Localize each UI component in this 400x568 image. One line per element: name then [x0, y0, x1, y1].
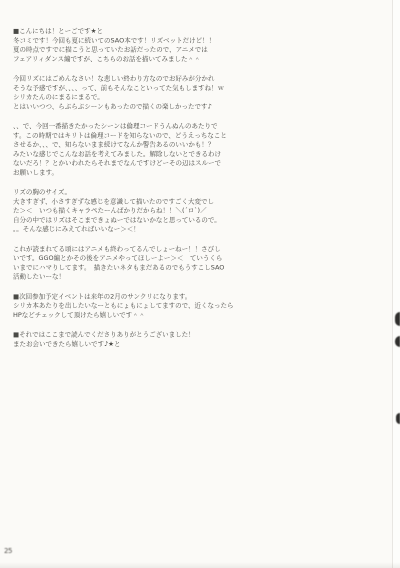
- page-number: 25: [4, 547, 12, 555]
- paragraph-anime: これが読まれてる頃にはアニメも終わってるんでしょーねー！！さびし いです。GGO…: [13, 245, 208, 282]
- text-line: た＞＜ いつも描くキャラぺたーんばかりだからね！！＼(´ロ`)／: [13, 207, 208, 216]
- text-line: 活動したいーな！: [13, 273, 208, 282]
- text-line: みたいな感じでこんなお話を考えてみました。解除しないとできるわけ: [13, 150, 208, 159]
- text-line: ■こんにちは！とーごです★と: [13, 27, 208, 36]
- scan-bleed-mark-3: [396, 413, 400, 424]
- text-line: お願いします。: [13, 168, 208, 177]
- paragraph-character-design: リズの胸のサイズ。 大きすぎず、小さすぎずな感じを意識して描いたのですごく大変で…: [13, 188, 208, 234]
- text-line: させるか、、、で、知らないまま続けてなんか警告あるのいいかも！？: [13, 141, 208, 150]
- scan-edge-line: [392, 0, 393, 568]
- afterword-text-block: ■こんにちは！とーごです★と 冬コミです！今回も夏に続いてのSAO本です！リズベ…: [13, 27, 208, 360]
- text-line: 。。そんな感じにみえてればいいなー＞＜！: [13, 225, 208, 234]
- text-line: シリカ本あたりを出したいなーともにょもにょしてますので、近くなったら: [13, 302, 208, 311]
- scanned-page: ■こんにちは！とーごです★と 冬コミです！今回も夏に続いてのSAO本です！リズベ…: [0, 0, 400, 568]
- text-line: ■それではここまで読んでくださりありがとうございました！: [13, 331, 208, 340]
- scan-edge-strip: [393, 0, 400, 568]
- scan-bleed-mark-2: [395, 336, 400, 347]
- text-line: いです。GGO編とかその後をアニメやってほしーよー＞＜ ていうくら: [13, 254, 208, 263]
- text-line: またお会いできたら嬉しいです♪★と: [13, 340, 208, 349]
- text-line: 自分の中ではリズはそこまできょぬーではないかなと思っているので。: [13, 216, 208, 225]
- text-line: 、、で、今回一番描きたかったシーンは倫理コードうんぬんのあたりで: [13, 122, 208, 131]
- text-line: これが読まれてる頃にはアニメも終わってるんでしょーねー！！さびし: [13, 245, 208, 254]
- paragraph-greeting: ■こんにちは！とーごです★と 冬コミです！今回も夏に続いてのSAO本です！リズベ…: [13, 27, 208, 64]
- text-line: フェアリィダンス編ですが、こちらのお話を描いてみました＾＾: [13, 55, 208, 64]
- text-line: ないだろ！？とかいわれたらそれまでなんですけどーその辺はスルーで: [13, 159, 208, 168]
- paragraph-next-event: ■次回参加予定イベントは来年の2月のサンクリになります。 シリカ本あたりを出した…: [13, 292, 208, 320]
- text-line: シリカたんのにまるにまるで。: [13, 93, 208, 102]
- paragraph-scene: 、、で、今回一番描きたかったシーンは倫理コードうんぬんのあたりで す。この時期で…: [13, 122, 208, 178]
- text-line: いまでにハマりしてます。 描きたいネタもまだあるのでもうすこしSAO: [13, 263, 208, 272]
- text-line: ■次回参加予定イベントは来年の2月のサンクリになります。: [13, 292, 208, 301]
- scan-bleed-mark-1: [395, 312, 400, 326]
- text-line: とはいいつつ、らぶらぶシーンもあったので描くの楽しかったです♪: [13, 102, 208, 111]
- paragraph-apology: 今回リズにはごめんなさい！な悲しい終わり方なのでお好みが分かれ そうな予感ですが…: [13, 75, 208, 112]
- text-line: す。この時期ではキリトは倫理コードを知らないので、どうえっちなこと: [13, 131, 208, 140]
- text-line: リズの胸のサイズ。: [13, 188, 208, 197]
- text-line: 大きすぎず、小さすぎずな感じを意識して描いたのですごく大変でし: [13, 197, 208, 206]
- text-line: HPなどチェックして頂けたら嬉しいです＾＾: [13, 311, 208, 320]
- text-line: 夏の時点ですでに描こうと思っていたお話だったので、アニメでは: [13, 46, 208, 55]
- text-line: 今回リズにはごめんなさい！な悲しい終わり方なのでお好みが分かれ: [13, 75, 208, 84]
- text-line: 冬コミです！今回も夏に続いてのSAO本です！リズベットだけど！！: [13, 36, 208, 45]
- text-line: そうな予感ですが、、、、って、前もそんなこといってた気もしますね！ｗ: [13, 84, 208, 93]
- paragraph-closing: ■それではここまで読んでくださりありがとうございました！ またお会いできたら嬉し…: [13, 331, 208, 350]
- bottom-scan-shadow: [0, 562, 400, 568]
